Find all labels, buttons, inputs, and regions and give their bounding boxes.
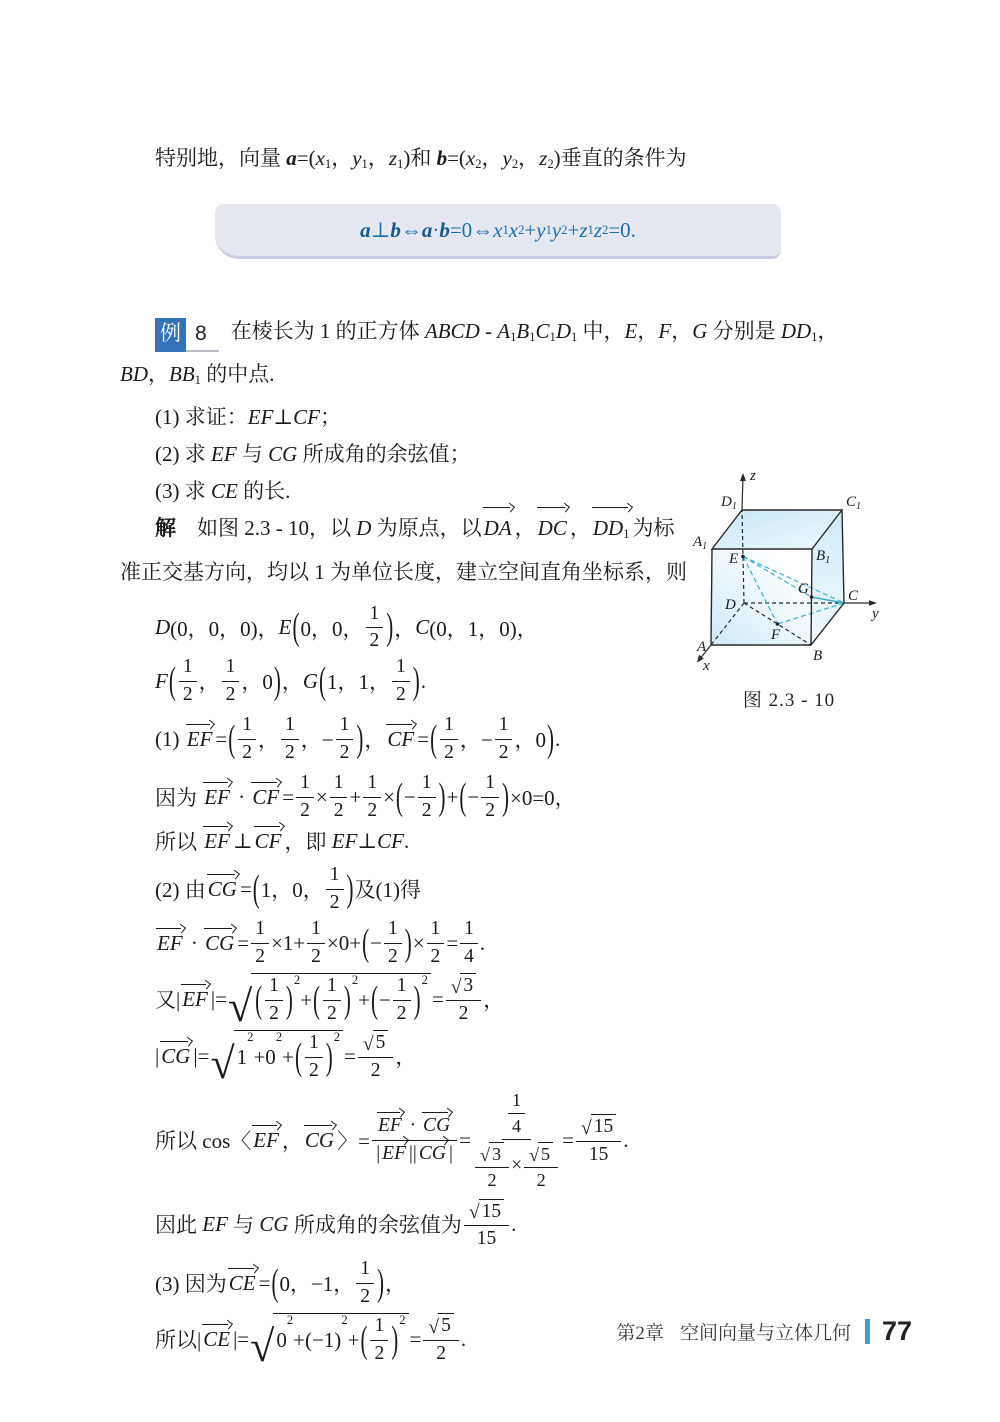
example-heading: 例 8 在棱长为 1 的正方体 ABCD - A1B1C1D1 中，E，F，G … <box>120 313 886 356</box>
part1-vectors: (1) EF=(12，12，−12)，CF=(12，−12，0). <box>120 714 886 764</box>
z-axis-arrowhead <box>740 473 746 481</box>
svg-text:x: x <box>702 658 710 674</box>
perpendicular-condition-formula: a⊥b⇔a · b=0⇔x1x2+y1y2+z1z2=0. <box>360 218 636 243</box>
svg-text:z: z <box>749 468 756 484</box>
part2-cosine-formula: 所以 cos〈EF，CG〉=EF · CG|EF||CG|=14√32×√52=… <box>120 1090 886 1191</box>
figure-2-3-10: zD1C1A1B1EDGCyAFBx 图 2.3 - 10 <box>676 462 902 712</box>
svg-text:G: G <box>798 581 809 597</box>
intro-paragraph: 特别地，向量 a=(x1，y1，z1)和 b=(x2，y2，z2)垂直的条件为 <box>120 140 886 183</box>
footer-chapter: 第2章 <box>616 1318 664 1345</box>
part1-dot-product: 因为 EF · CF=12×12+12×(−12)+(−12)×0=0， <box>120 772 886 822</box>
footer-section: 空间向量与立体几何 <box>680 1318 851 1345</box>
z-axis <box>742 476 743 510</box>
svg-text:C: C <box>848 588 859 604</box>
svg-text:y: y <box>870 606 879 622</box>
figure-caption: 图 2.3 - 10 <box>676 685 902 712</box>
page-footer: 第2章 空间向量与立体几何 77 <box>616 1316 912 1347</box>
point-e <box>741 555 745 559</box>
example-title-line2: BD，BB1 的中点. <box>120 356 886 399</box>
footer-divider-bar <box>865 1319 870 1344</box>
point-g <box>810 595 814 599</box>
part2-conclusion: 因此 EF 与 CG 所成角的余弦值为√1515. <box>120 1199 886 1251</box>
footer-page-number: 77 <box>882 1316 912 1347</box>
part1-conclusion: 所以 EF⊥CF，即 EF⊥CF. <box>120 826 886 856</box>
example-title-line1: 在棱长为 1 的正方体 ABCD - A1B1C1D1 中，E，F，G 分别是 … <box>231 313 839 356</box>
svg-text:B: B <box>813 648 822 664</box>
example-badge-label: 例 <box>155 318 186 352</box>
cube-diagram: zD1C1A1B1EDGCyAFBx <box>676 462 902 677</box>
example-badge: 例 8 <box>155 318 219 352</box>
svg-text:D: D <box>724 597 736 613</box>
svg-text:E: E <box>728 551 738 567</box>
part2-cg-vector: (2) 由CG=(1，0，12)及(1)得 <box>120 864 886 914</box>
svg-text:C1: C1 <box>846 494 861 512</box>
part2-cg-magnitude: |CG|=√12+02+(12)2=√52， <box>120 1030 886 1082</box>
svg-text:A: A <box>696 639 707 655</box>
svg-text:F: F <box>770 627 781 643</box>
formula-highlight-box: a⊥b⇔a · b=0⇔x1x2+y1y2+z1z2=0. <box>215 204 781 259</box>
part2-ef-magnitude: 又|EF|=√(12)2+(12)2+(−12)2=√32， <box>120 972 886 1026</box>
textbook-page: 特别地，向量 a=(x1，y1，z1)和 b=(x2，y2，z2)垂直的条件为 … <box>0 0 1000 1422</box>
svg-text:A1: A1 <box>692 534 707 552</box>
part3-ce-vector: (3) 因为CE=(0，−1，12)， <box>120 1258 886 1308</box>
part2-dot-product: EF · CG=12×1+12×0+(−12)×12=14. <box>120 918 886 968</box>
example-number: 8 <box>186 318 219 352</box>
point-f <box>776 622 780 626</box>
question-1: (1) 求证：EF⊥CF； <box>120 399 886 436</box>
svg-text:D1: D1 <box>720 494 737 512</box>
y-axis-arrowhead <box>869 600 877 606</box>
